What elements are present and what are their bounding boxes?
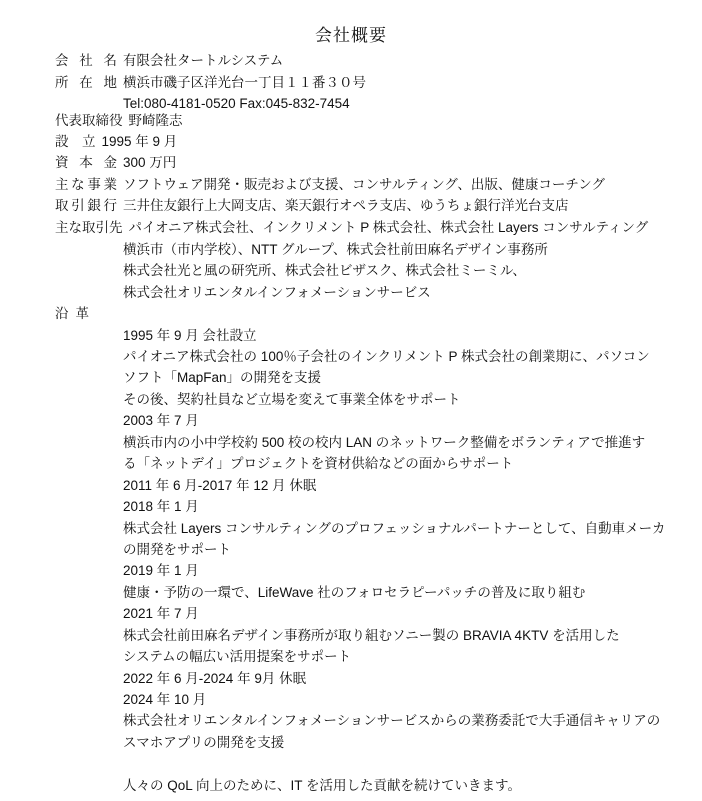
field-value: Tel:080-4181-0520 Fax:045-832-7454 <box>123 96 350 112</box>
closing-note: 人々の QoL 向上のために、IT を活用した貢献を続けていきます。 <box>0 778 702 799</box>
history-line: 健康・予防の一環で、LifeWave 社のフォロセラピーパッチの普及に取り組む <box>0 585 702 606</box>
company-info-section: 会社名有限会社タートルシステム所在地横浜市磯子区洋光台一丁目１１番３０号Tel:… <box>0 53 702 328</box>
info-row: 会社名有限会社タートルシステム <box>0 53 702 75</box>
history-line: の開発をサポート <box>0 542 702 563</box>
info-row: 設 立1995 年 9 月 <box>0 134 702 156</box>
history-line: ソフト「MapFan」の開発を支援 <box>0 370 702 391</box>
history-line: 株式会社前田麻名デザイン事務所が取り組むソニー製の BRAVIA 4KTV を活… <box>0 628 702 649</box>
info-row: 取引銀行三井住友銀行上大岡支店、楽天銀行オペラ支店、ゆうちょ銀行洋光台支店 <box>0 198 702 220</box>
history-line: パイオニア株式会社の 100％子会社のインクリメント P 株式会社の創業期に、パ… <box>0 349 702 370</box>
history-line: 2018 年 1 月 <box>0 499 702 520</box>
blank-line <box>0 756 702 777</box>
field-value: 三井住友銀行上大岡支店、楽天銀行オペラ支店、ゆうちょ銀行洋光台支店 <box>123 198 569 214</box>
field-label: 取引銀行 <box>55 198 117 214</box>
field-value: 野崎隆志 <box>129 113 183 129</box>
field-value: 横浜市磯子区洋光台一丁目１１番３０号 <box>123 75 366 91</box>
info-row: 資本金300 万円 <box>0 155 702 177</box>
info-row: 沿革 <box>0 306 702 328</box>
company-overview-document: 会社概要 会社名有限会社タートルシステム所在地横浜市磯子区洋光台一丁目１１番３０… <box>0 0 702 801</box>
history-line: その後、契約社員など立場を変えて事業全体をサポート <box>0 392 702 413</box>
info-row: 主な事業ソフトウェア開発・販売および支援、コンサルティング、出版、健康コーチング <box>0 177 702 199</box>
history-line: システムの幅広い活用提案をサポート <box>0 649 702 670</box>
field-value: 有限会社タートルシステム <box>123 53 283 69</box>
field-value: 1995 年 9 月 <box>102 134 178 150</box>
history-line: 2019 年 1 月 <box>0 563 702 584</box>
history-line: 2011 年 6 月-2017 年 12 月 休眠 <box>0 478 702 499</box>
field-label: 主な取引先 <box>55 220 123 236</box>
field-value-continuation: 株式会社オリエンタルインフォメーションサービス <box>0 285 702 306</box>
info-row: 所在地横浜市磯子区洋光台一丁目１１番３０号 <box>0 75 702 97</box>
history-line: 2024 年 10 月 <box>0 692 702 713</box>
history-line: スマホアプリの開発を支援 <box>0 735 702 756</box>
history-line: 株式会社 Layers コンサルティングのプロフェッショナルパートナーとして、自… <box>0 521 702 542</box>
info-row: Tel:080-4181-0520 Fax:045-832-7454 <box>0 96 702 113</box>
field-value: パイオニア株式会社、インクリメント P 株式会社、株式会社 Layers コンサ… <box>129 220 649 236</box>
field-label: 主な事業 <box>55 177 117 193</box>
field-label: 会社名 <box>55 53 117 69</box>
field-label: 所在地 <box>55 75 117 91</box>
field-label: 資本金 <box>55 155 117 171</box>
field-label: 沿革 <box>55 306 96 322</box>
history-line: 横浜市内の小中学校約 500 校の校内 LAN のネットワーク整備をボランティア… <box>0 435 702 456</box>
history-line: る「ネットデイ」プロジェクトを資材供給などの面からサポート <box>0 456 702 477</box>
history-line: 2003 年 7 月 <box>0 413 702 434</box>
field-value-continuation: 横浜市（市内学校）、NTT グループ、株式会社前田麻名デザイン事務所 <box>0 242 702 263</box>
history-line: 株式会社オリエンタルインフォメーションサービスからの業務委託で大手通信キャリアの <box>0 713 702 734</box>
field-value: 300 万円 <box>123 155 176 171</box>
history-line: 1995 年 9 月 会社設立 <box>0 328 702 349</box>
field-label: 設 立 <box>55 134 96 150</box>
field-value: ソフトウェア開発・販売および支援、コンサルティング、出版、健康コーチング <box>123 177 605 193</box>
history-line: 2022 年 6 月-2024 年 9月 休眠 <box>0 671 702 692</box>
field-value-continuation: 株式会社光と風の研究所、株式会社ビザスク、株式会社ミーミル、 <box>0 263 702 284</box>
field-label: 代表取締役 <box>55 113 123 129</box>
info-row: 主な取引先パイオニア株式会社、インクリメント P 株式会社、株式会社 Layer… <box>0 220 702 242</box>
document-title: 会社概要 <box>0 0 702 46</box>
history-line: 2021 年 7 月 <box>0 606 702 627</box>
info-row: 代表取締役野崎隆志 <box>0 113 702 134</box>
company-history-section: 1995 年 9 月 会社設立パイオニア株式会社の 100％子会社のインクリメン… <box>0 328 702 800</box>
